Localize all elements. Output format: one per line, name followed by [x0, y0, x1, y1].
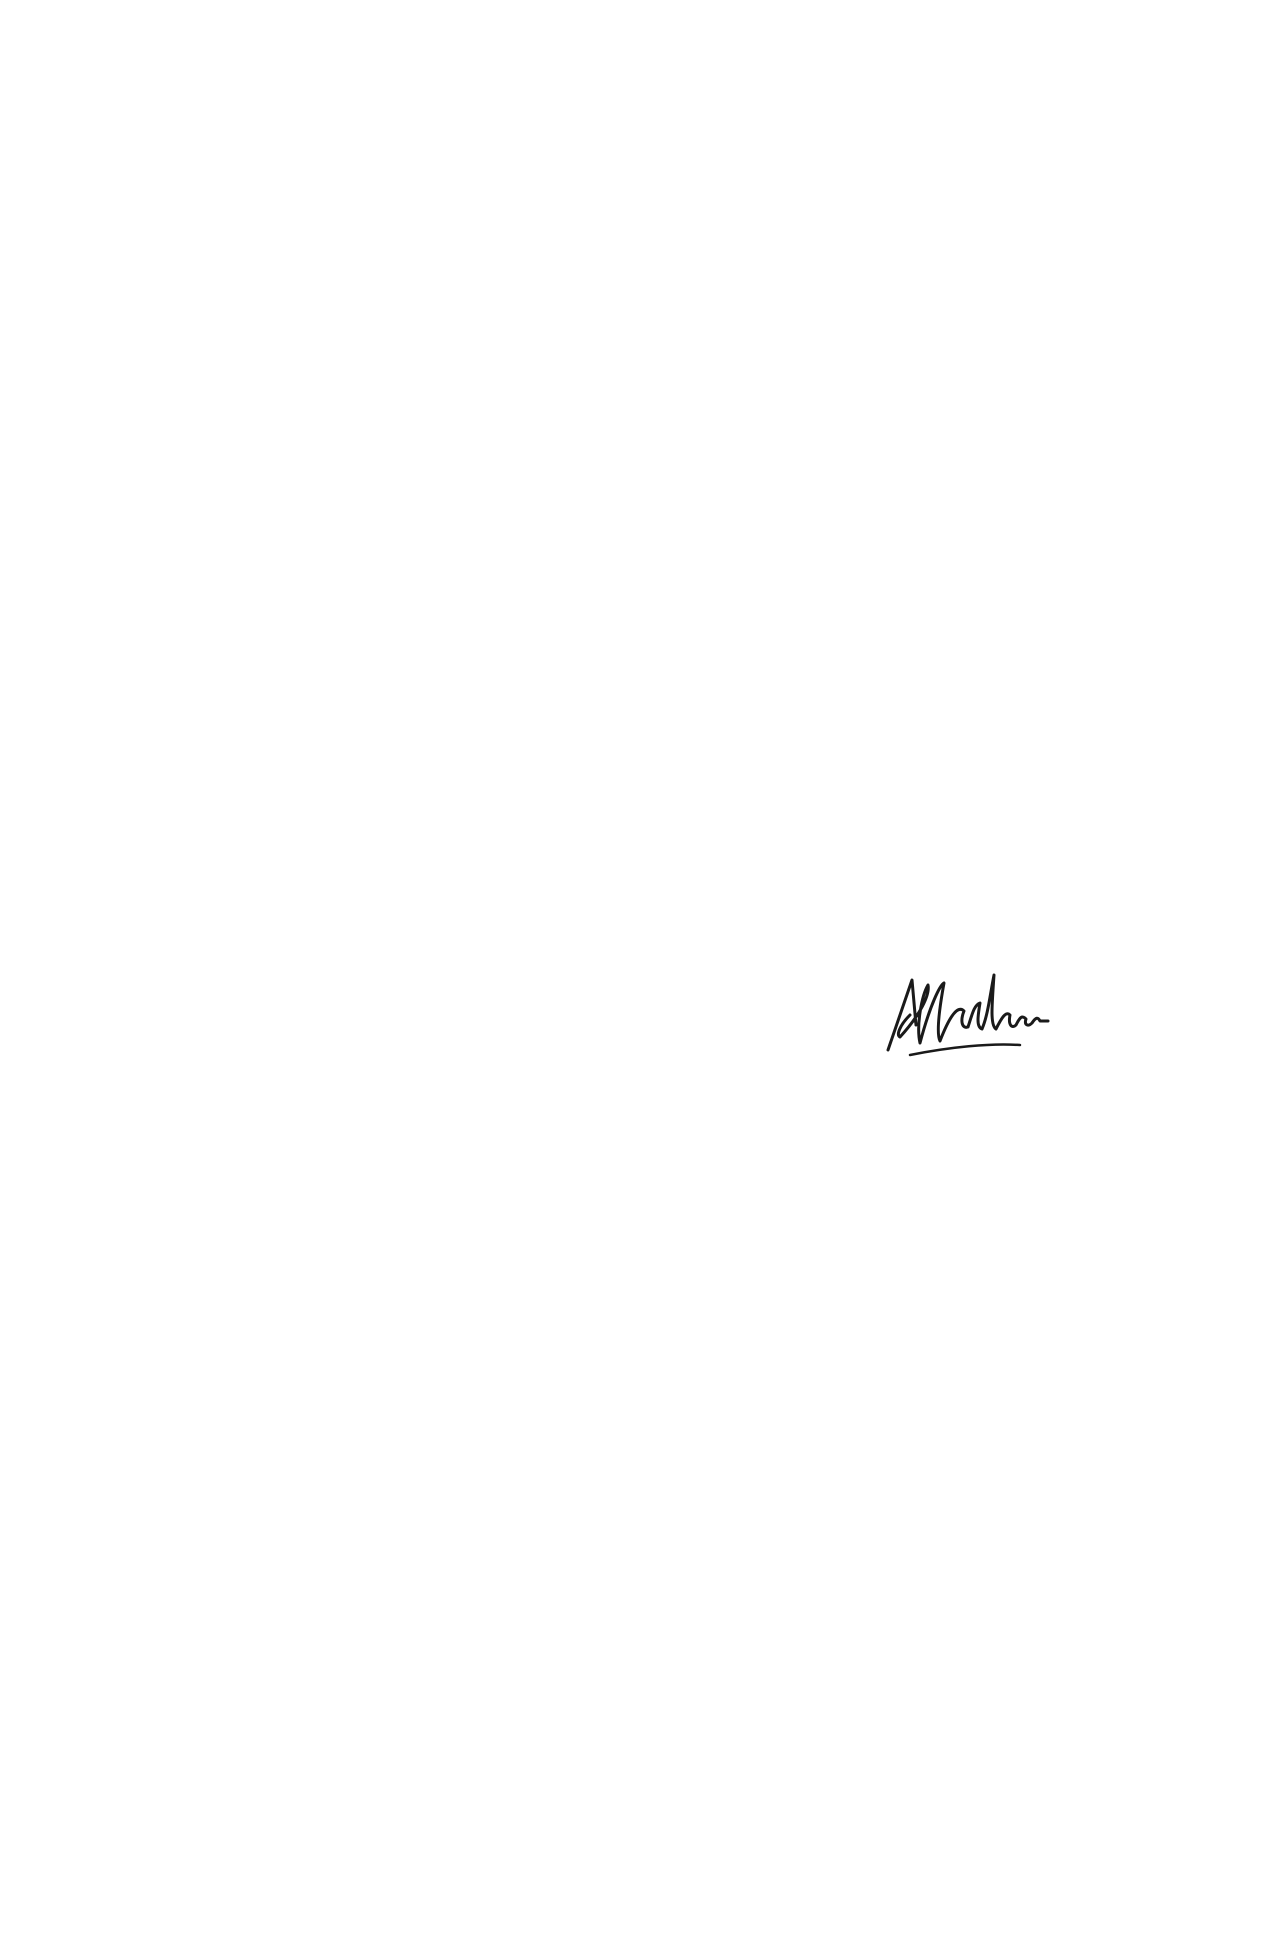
official-stamp	[680, 900, 910, 1130]
document-page	[0, 0, 1275, 1950]
